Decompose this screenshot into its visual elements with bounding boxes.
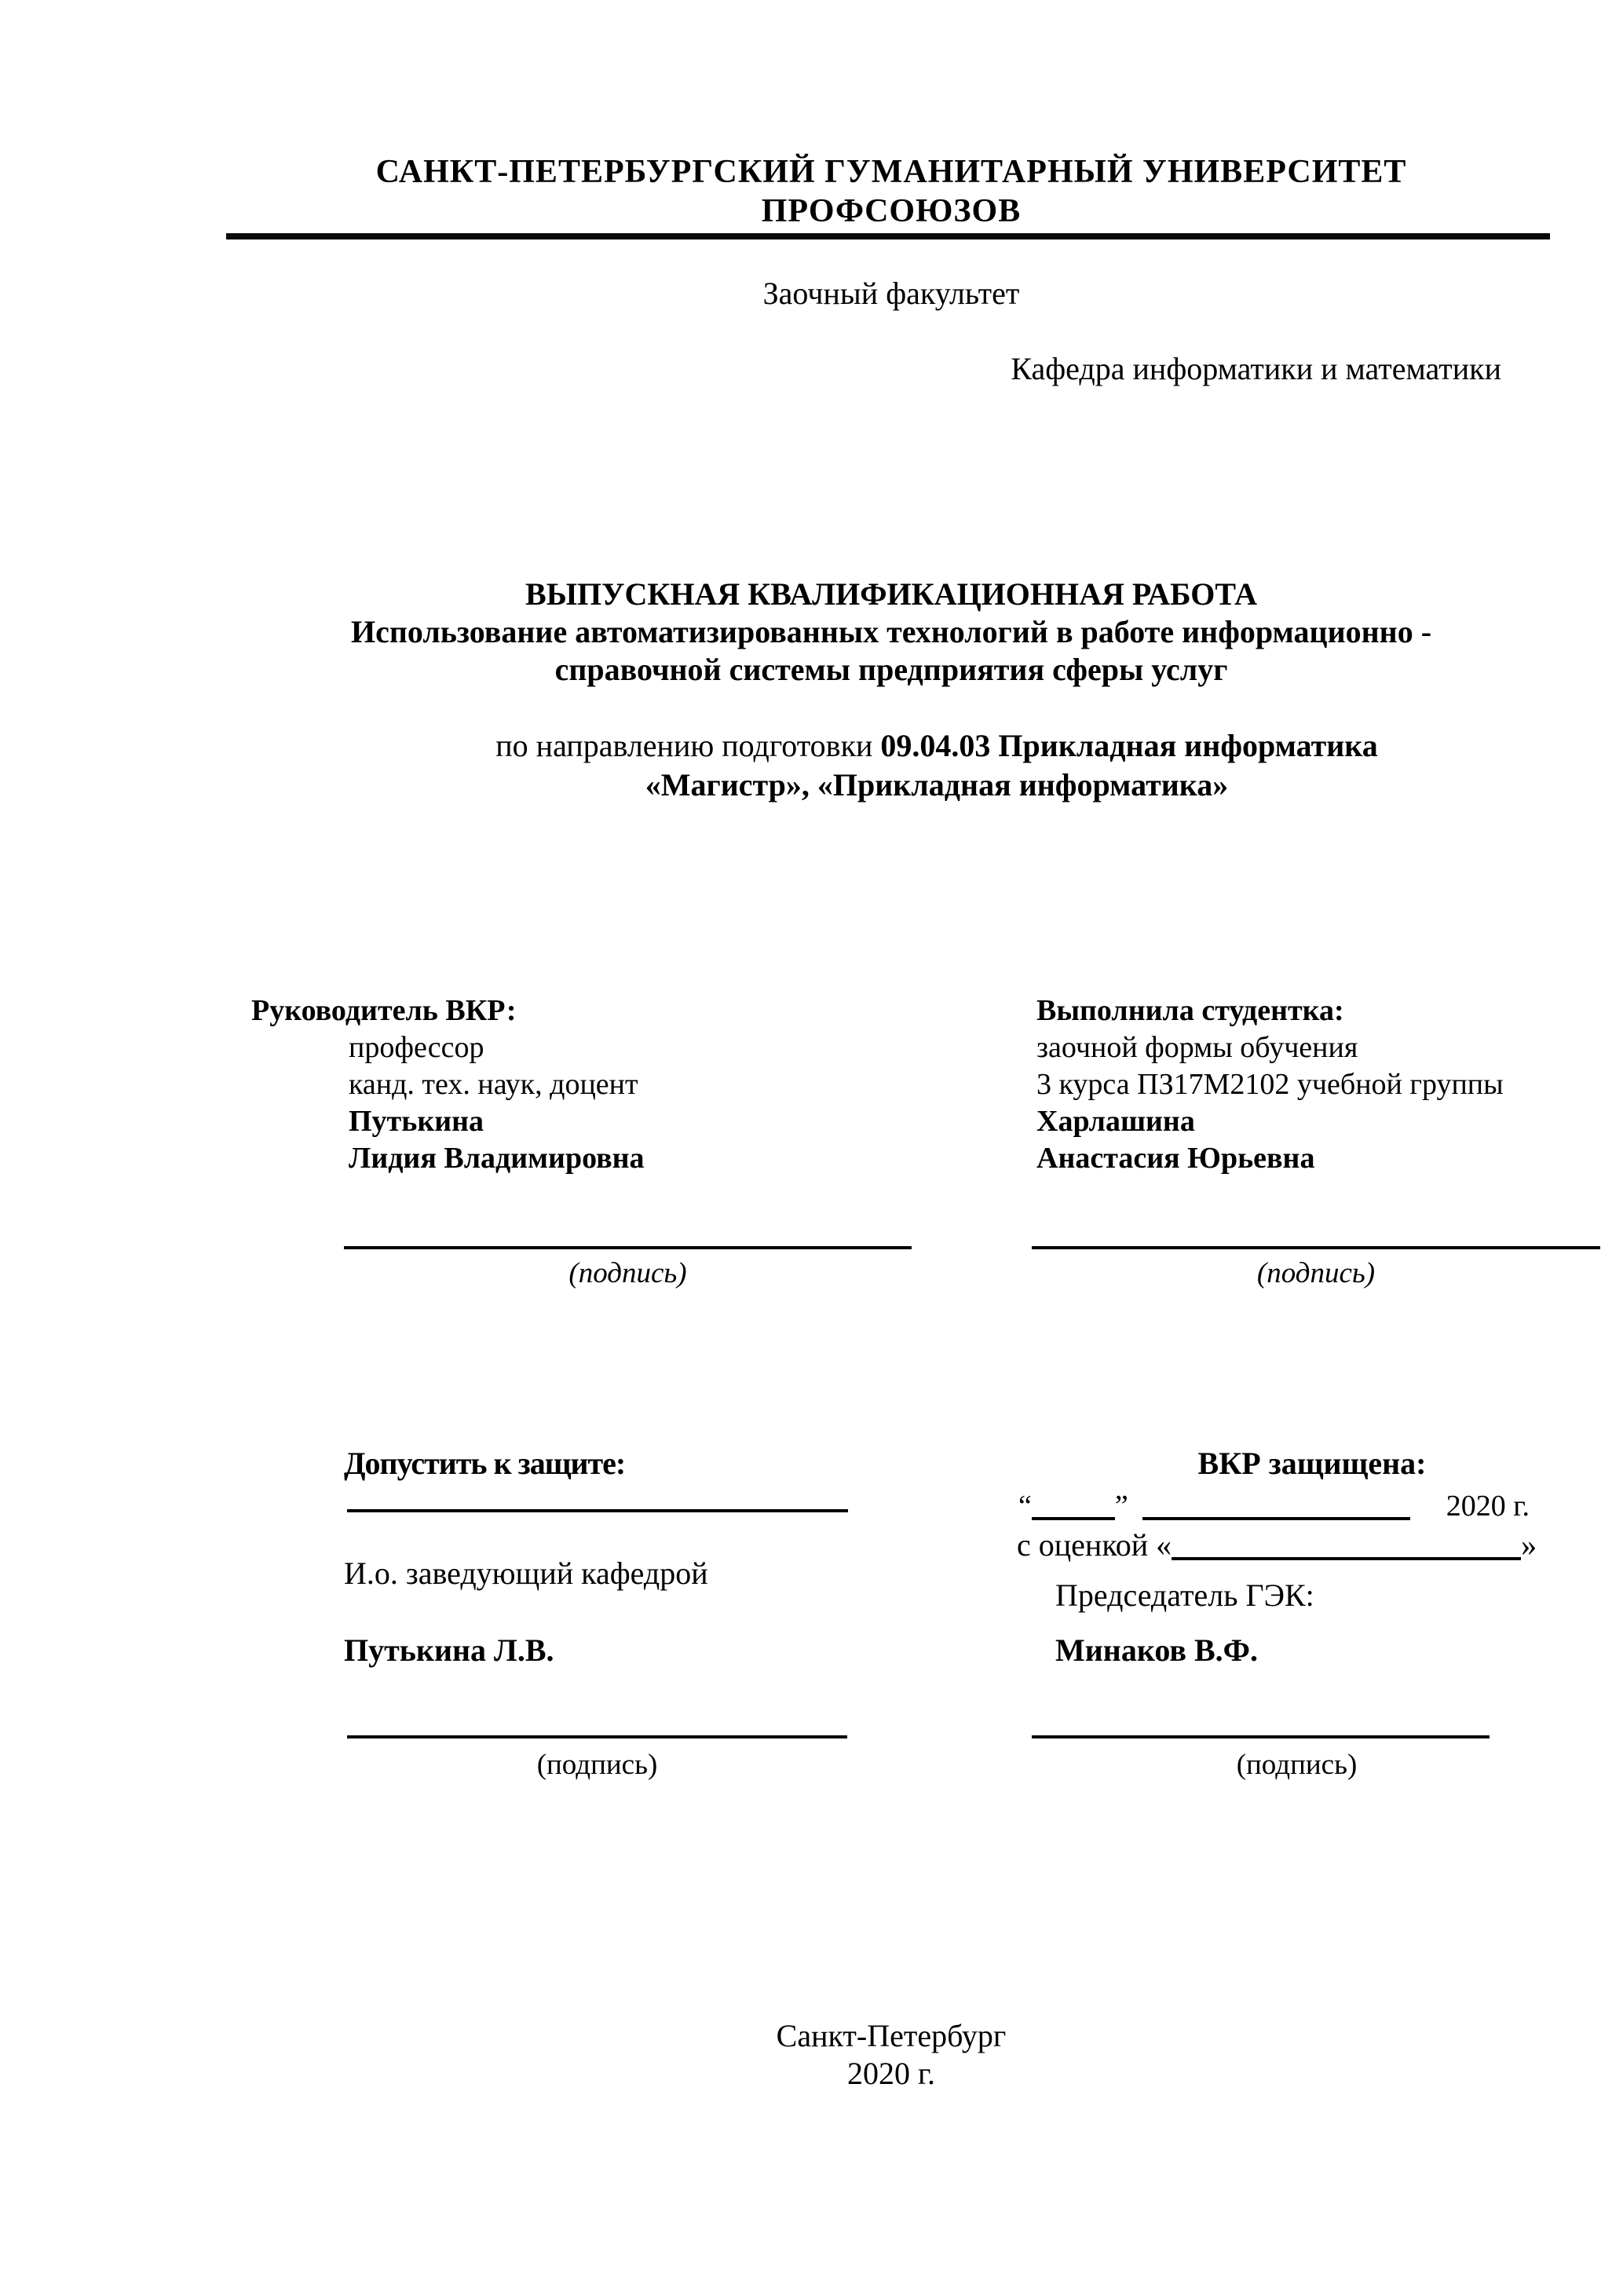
university-name-line2: ПРОФСОЮЗОВ xyxy=(232,192,1551,231)
direction-line: по направлению подготовки 09.04.03 Прикл… xyxy=(277,726,1596,766)
footer-block: Санкт-Петербург 2020 г. xyxy=(232,2017,1551,2093)
degree-line: «Магистр», «Прикладная информатика» xyxy=(277,766,1596,805)
university-name: САНКТ-ПЕТЕРБУРГСКИЙ ГУМАНИТАРНЫЙ УНИВЕРС… xyxy=(232,152,1551,231)
work-title-line2: справочной системы предприятия сферы усл… xyxy=(232,651,1551,689)
student-signature-caption: (подпись) xyxy=(1032,1256,1600,1290)
direction-code-major: 09.04.03 Прикладная информатика xyxy=(880,728,1377,763)
chairman-signature-caption: (подпись) xyxy=(1068,1748,1526,1782)
admission-blank-line xyxy=(347,1509,848,1512)
university-name-line1: САНКТ-ПЕТЕРБУРГСКИЙ ГУМАНИТАРНЫЙ УНИВЕРС… xyxy=(232,152,1551,192)
student-name-patronymic: Анастасия Юрьевна xyxy=(1036,1140,1618,1177)
thesis-title-page: САНКТ-ПЕТЕРБУРГСКИЙ ГУМАНИТАРНЫЙ УНИВЕРС… xyxy=(0,0,1623,2296)
quote-close: ” xyxy=(1115,1490,1128,1523)
supervisor-position-line2: канд. тех. наук, доцент xyxy=(349,1066,958,1103)
admission-role: И.о. заведующий кафедрой xyxy=(344,1555,708,1592)
work-title-block: ВЫПУСКНАЯ КВАЛИФИКАЦИОННАЯ РАБОТА Исполь… xyxy=(232,576,1551,689)
grade-blank xyxy=(1172,1551,1521,1560)
supervisor-signature-line xyxy=(344,1246,912,1249)
student-block: Выполнила студентка: заочной формы обуче… xyxy=(1036,993,1618,1177)
department-name: Кафедра информатики и математики xyxy=(232,350,1501,388)
work-title-line1: Использование автоматизированных техноло… xyxy=(232,613,1551,651)
grade-suffix: » xyxy=(1521,1527,1537,1563)
footer-year: 2020 г. xyxy=(232,2055,1551,2093)
work-type-heading: ВЫПУСКНАЯ КВАЛИФИКАЦИОННАЯ РАБОТА xyxy=(232,576,1551,613)
student-info-line1: заочной формы обучения xyxy=(1036,1029,1618,1066)
footer-city: Санкт-Петербург xyxy=(232,2017,1551,2055)
defense-day-blank xyxy=(1032,1511,1115,1520)
student-heading: Выполнила студентка: xyxy=(1036,993,1618,1029)
defense-year: 2020 г. xyxy=(1446,1490,1530,1523)
chairman-name: Минаков В.Ф. xyxy=(1055,1632,1258,1669)
header-divider-rule xyxy=(226,233,1550,239)
supervisor-signature-caption: (подпись) xyxy=(344,1256,912,1290)
student-info-line2: 3 курса ПЗ17М2102 учебной группы xyxy=(1036,1066,1618,1103)
supervisor-surname: Путькина xyxy=(349,1103,958,1140)
faculty-name: Заочный факультет xyxy=(232,275,1551,313)
defense-month-blank xyxy=(1142,1511,1410,1520)
student-surname: Харлашина xyxy=(1036,1103,1618,1140)
admission-signature-caption: (подпись) xyxy=(347,1748,847,1782)
defense-heading: ВКР защищена: xyxy=(1023,1445,1601,1483)
direction-block: по направлению подготовки 09.04.03 Прикл… xyxy=(277,726,1596,805)
quote-open: “ xyxy=(1018,1490,1032,1523)
supervisor-position-line1: профессор xyxy=(349,1029,958,1066)
grade-line: с оценкой «» xyxy=(1017,1526,1537,1564)
student-signature-line xyxy=(1032,1246,1600,1249)
admission-name: Путькина Л.В. xyxy=(344,1632,554,1669)
chairman-label: Председатель ГЭК: xyxy=(1055,1577,1314,1614)
admission-heading: Допустить к защите: xyxy=(344,1445,625,1483)
direction-prefix: по направлению подготовки xyxy=(495,728,880,763)
defense-date-line: “”2020 г. xyxy=(1018,1487,1530,1525)
grade-prefix: с оценкой « xyxy=(1017,1527,1172,1563)
admission-signature-line xyxy=(347,1735,847,1738)
supervisor-name-patronymic: Лидия Владимировна xyxy=(349,1140,958,1177)
supervisor-block: Руководитель ВКР: профессор канд. тех. н… xyxy=(251,993,958,1177)
supervisor-heading: Руководитель ВКР: xyxy=(251,993,958,1029)
chairman-signature-line xyxy=(1032,1735,1490,1738)
